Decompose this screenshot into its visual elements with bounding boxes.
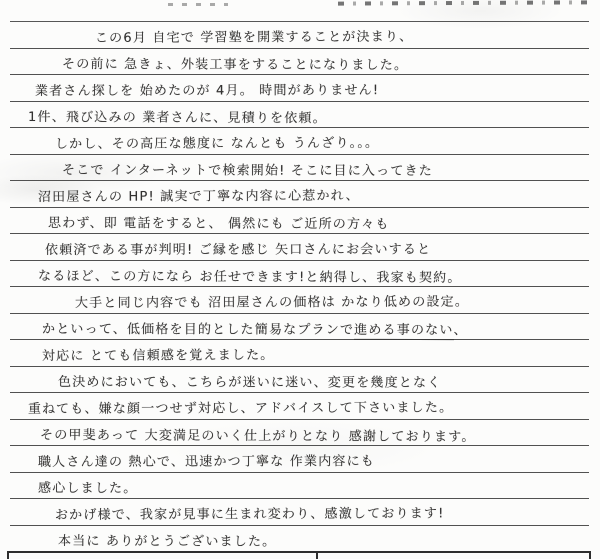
handwritten-line: 1件、飛び込みの 業者さんに、見積りを依頼。 xyxy=(10,102,589,129)
handwritten-text: 本当に ありがとうございました。 xyxy=(58,533,276,551)
handwritten-line: なるほど、この方になら お任せできます!と納得し、我家も契約。 xyxy=(10,261,589,288)
handwritten-line: 思わず、即 電話をすると、 偶然にも ご近所の方々も xyxy=(10,208,589,235)
handwritten-text: かといって、低価格を目的とした簡易なプランで進める事のない、 xyxy=(42,321,468,339)
handwritten-line: 大手と同じ内容でも 沼田屋さんの価格は かなり低めの設定。 xyxy=(10,287,589,314)
cutoff-strokes-top xyxy=(338,0,590,5)
handwritten-line: おかげ様で、我家が見事に生まれ変わり、感激しております! xyxy=(10,499,589,526)
handwritten-text: その前に 急きょ、外装工事をすることになりました。 xyxy=(62,56,408,74)
handwritten-text-part: 、 xyxy=(454,323,468,338)
handwritten-line: かといって、低価格を目的とした簡易なプランで進める事のない、 xyxy=(10,314,589,341)
handwritten-line: 重ねても、嫌な顔一つせず対応し、アドバイスして下さいました。 xyxy=(10,393,589,420)
handwritten-text: 重ねても、嫌な顔一つせず対応し、アドバイスして下さいました。 xyxy=(28,399,453,417)
handwritten-text: その甲斐あって 大変満足のいく仕上がりとなり 感謝しております。 xyxy=(40,427,476,446)
handwritten-text: 感心しました。 xyxy=(38,480,137,497)
handwritten-text: 色決めにおいても、こちらが迷いに迷い、変更を幾度となく xyxy=(58,374,441,392)
handwritten-line: この6月 自宅で 学習塾を開業することが決まり、 xyxy=(10,22,589,49)
handwritten-line: そこで インターネットで検索開始! そこに目に入ってきた xyxy=(10,155,589,182)
handwritten-text: 職人さん達の 熱心で、迅速かつ丁寧な 作業内容にも xyxy=(38,453,375,471)
cutoff-strokes-top-left xyxy=(168,3,228,6)
handwritten-text: なるほど、この方になら お任せできます!と納得し、我家も契約。 xyxy=(38,268,462,287)
handwritten-text-part: かといって、低価格を目的とした簡易なプランで xyxy=(42,322,354,338)
handwritten-line: 職人さん達の 熱心で、迅速かつ丁寧な 作業内容にも xyxy=(10,446,589,473)
handwritten-line: 業者さん探しを 始めたのが 4月。 時間がありません! xyxy=(10,75,589,102)
handwritten-text: この6月 自宅で 学習塾を開業することが決まり、 xyxy=(95,28,413,46)
handwritten-line: 感心しました。 xyxy=(10,473,589,500)
handwritten-text: 対応に とても信頼感を覚えました。 xyxy=(42,346,275,364)
handwritten-line: 色決めにおいても、こちらが迷いに迷い、変更を幾度となく xyxy=(10,367,589,394)
handwritten-line: 沼田屋さんの HP! 誠実で丁寧な内容に心惹かれ、 xyxy=(10,181,589,208)
handwritten-line: その前に 急きょ、外装工事をすることになりました。 xyxy=(10,49,589,76)
form-box-divider xyxy=(316,553,318,559)
handwritten-line: 本当に ありがとうございました。 xyxy=(10,526,589,552)
handwritten-text: そこで インターネットで検索開始! そこに目に入ってきた xyxy=(62,162,433,180)
handwritten-text: 依頼済である事が判明! ご縁を感じ 矢口さんにお会いすると xyxy=(45,241,431,259)
handwritten-line: しかし、その高圧な態度に なんとも うんざり。。。 xyxy=(10,128,589,155)
handwritten-testimonial-page: この6月 自宅で 学習塾を開業することが決まり、その前に 急きょ、外装工事をする… xyxy=(0,0,600,559)
underlined-text: 進める事のない xyxy=(354,323,453,340)
handwritten-line: 対応に とても信頼感を覚えました。 xyxy=(10,340,589,367)
handwritten-line: 依頼済である事が判明! ご縁を感じ 矢口さんにお会いすると xyxy=(10,234,589,261)
form-box-top-edge xyxy=(7,551,591,559)
handwritten-text: 思わず、即 電話をすると、 偶然にも ご近所の方々も xyxy=(48,215,390,233)
ruled-writing-area: この6月 自宅で 学習塾を開業することが決まり、その前に 急きょ、外装工事をする… xyxy=(10,21,589,551)
handwritten-text: 沼田屋さんの HP! 誠実で丁寧な内容に心惹かれ、 xyxy=(38,187,360,205)
handwritten-text: おかげ様で、我家が見事に生まれ変わり、感激しております! xyxy=(55,505,445,524)
handwritten-text: 大手と同じ内容でも 沼田屋さんの価格は かなり低めの設定。 xyxy=(75,293,469,311)
handwritten-text: 業者さん探しを 始めたのが 4月。 時間がありません! xyxy=(35,82,379,100)
handwritten-text: しかし、その高圧な態度に なんとも うんざり。。。 xyxy=(55,134,379,152)
handwritten-line: その甲斐あって 大変満足のいく仕上がりとなり 感謝しております。 xyxy=(10,420,589,447)
handwritten-text: 1件、飛び込みの 業者さんに、見積りを依頼。 xyxy=(28,109,327,127)
